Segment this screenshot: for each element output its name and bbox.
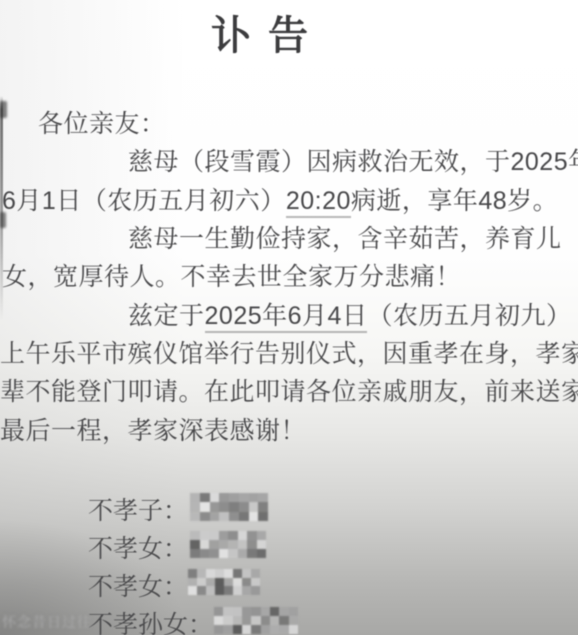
underlined-date-time: 2025年6月4日 [205,302,368,333]
signature-label: 不孝女： [88,567,188,603]
notice-line: 兹定于2025年6月4日（农历五月初九） [128,296,571,332]
notice-line: 辈不能登门叩请。在此叩请各位亲戚朋友，前来送家母 [0,372,578,408]
censored-name [190,531,266,558]
censored-name [214,607,298,634]
notice-line: 各位亲友： [38,104,166,140]
photo-edge-smudge [0,212,6,228]
notice-line: 6月1日（农历五月初六）20:20病逝，享年48岁。 [2,181,558,217]
censored-name [190,493,268,521]
censored-name [188,569,260,595]
obituary-notice-photo: 讣 告 各位亲友：慈母（段雪霞）因病救治无效，于2025年6月1日（农历五月初六… [0,0,578,635]
photo-edge-artifact [0,96,3,320]
notice-line: 慈母一生勤俭持家，含辛茹苦，养育儿 [128,219,562,255]
notice-line: 上午乐平市殡仪馆举行告别仪式，因重孝在身，孝家晚 [0,334,578,370]
watermark: 怀念昔日过往 [2,612,92,632]
signature-label: 不孝女： [88,529,188,565]
notice-line: 慈母（段雪霞）因病救治无效，于2025年 [128,142,578,178]
signature-label: 不孝孙女： [88,605,213,635]
signature-label: 不孝子： [88,491,188,527]
photo-edge-smudge [0,101,7,118]
underlined-date-time: 20:20 [286,187,351,218]
notice-line: 女，宽厚待人。不幸去世全家万分悲痛！ [2,257,461,293]
page-title: 讣 告 [0,4,578,61]
notice-line: 最后一程，孝家深表感谢！ [0,411,306,447]
